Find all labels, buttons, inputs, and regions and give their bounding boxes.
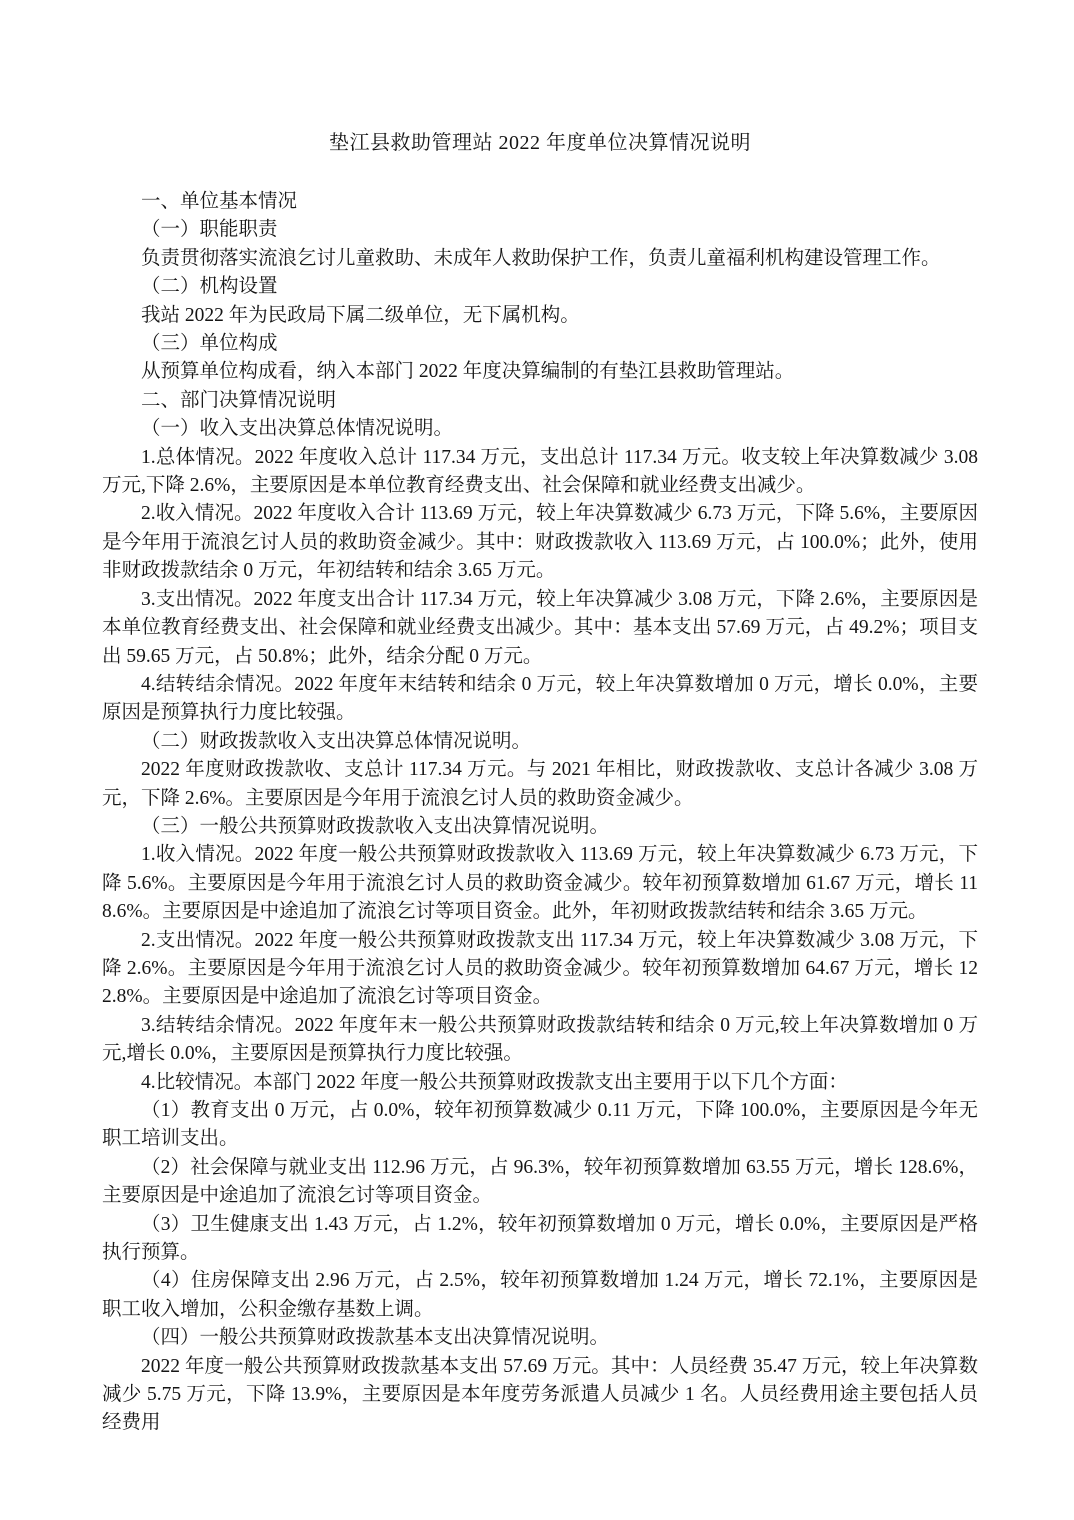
paragraph: （三）单位构成 <box>102 330 978 358</box>
paragraph: 4.比较情况。本部门 2022 年度一般公共预算财政拨款支出主要用于以下几个方面… <box>102 1069 978 1097</box>
paragraph: 1.收入情况。2022 年度一般公共预算财政拨款收入 113.69 万元，较上年… <box>102 841 978 926</box>
paragraph: （一）职能职责 <box>102 216 978 244</box>
paragraph: 二、部门决算情况说明 <box>102 387 978 415</box>
paragraph: 1.总体情况。2022 年度收入总计 117.34 万元，支出总计 117.34… <box>102 444 978 501</box>
paragraph: 2022 年度一般公共预算财政拨款基本支出 57.69 万元。其中：人员经费 3… <box>102 1353 978 1438</box>
paragraph: 4.结转结余情况。2022 年度年末结转和结余 0 万元，较上年决算数增加 0 … <box>102 671 978 728</box>
paragraph: （1）教育支出 0 万元，占 0.0%，较年初预算数减少 0.11 万元，下降 … <box>102 1097 978 1154</box>
paragraph: 2.支出情况。2022 年度一般公共预算财政拨款支出 117.34 万元，较上年… <box>102 927 978 1012</box>
paragraph: 我站 2022 年为民政局下属二级单位，无下属机构。 <box>102 302 978 330</box>
paragraph: （一）收入支出决算总体情况说明。 <box>102 415 978 443</box>
paragraph: （四）一般公共预算财政拨款基本支出决算情况说明。 <box>102 1324 978 1352</box>
paragraph: 2022 年度财政拨款收、支总计 117.34 万元。与 2021 年相比，财政… <box>102 756 978 813</box>
document-page: 垫江县救助管理站 2022 年度单位决算情况说明 一、单位基本情况 （一）职能职… <box>0 0 1074 1520</box>
paragraph: （二）财政拨款收入支出决算总体情况说明。 <box>102 728 978 756</box>
paragraph: （4）住房保障支出 2.96 万元，占 2.5%，较年初预算数增加 1.24 万… <box>102 1267 978 1324</box>
paragraph: 一、单位基本情况 <box>102 188 978 216</box>
paragraph: 2.收入情况。2022 年度收入合计 113.69 万元，较上年决算数减少 6.… <box>102 500 978 585</box>
paragraph: 3.支出情况。2022 年度支出合计 117.34 万元，较上年决算减少 3.0… <box>102 586 978 671</box>
paragraph: 3.结转结余情况。2022 年度年末一般公共预算财政拨款结转和结余 0 万元,较… <box>102 1012 978 1069</box>
document-title: 垫江县救助管理站 2022 年度单位决算情况说明 <box>102 130 978 156</box>
paragraph: （三）一般公共预算财政拨款收入支出决算情况说明。 <box>102 813 978 841</box>
document-body: 一、单位基本情况 （一）职能职责 负责贯彻落实流浪乞讨儿童救助、未成年人救助保护… <box>102 188 978 1438</box>
paragraph: 负责贯彻落实流浪乞讨儿童救助、未成年人救助保护工作，负责儿童福利机构建设管理工作… <box>102 245 978 273</box>
paragraph: （2）社会保障与就业支出 112.96 万元，占 96.3%，较年初预算数增加 … <box>102 1154 978 1211</box>
paragraph: （3）卫生健康支出 1.43 万元，占 1.2%，较年初预算数增加 0 万元，增… <box>102 1211 978 1268</box>
paragraph: （二）机构设置 <box>102 273 978 301</box>
paragraph: 从预算单位构成看，纳入本部门 2022 年度决算编制的有垫江县救助管理站。 <box>102 358 978 386</box>
